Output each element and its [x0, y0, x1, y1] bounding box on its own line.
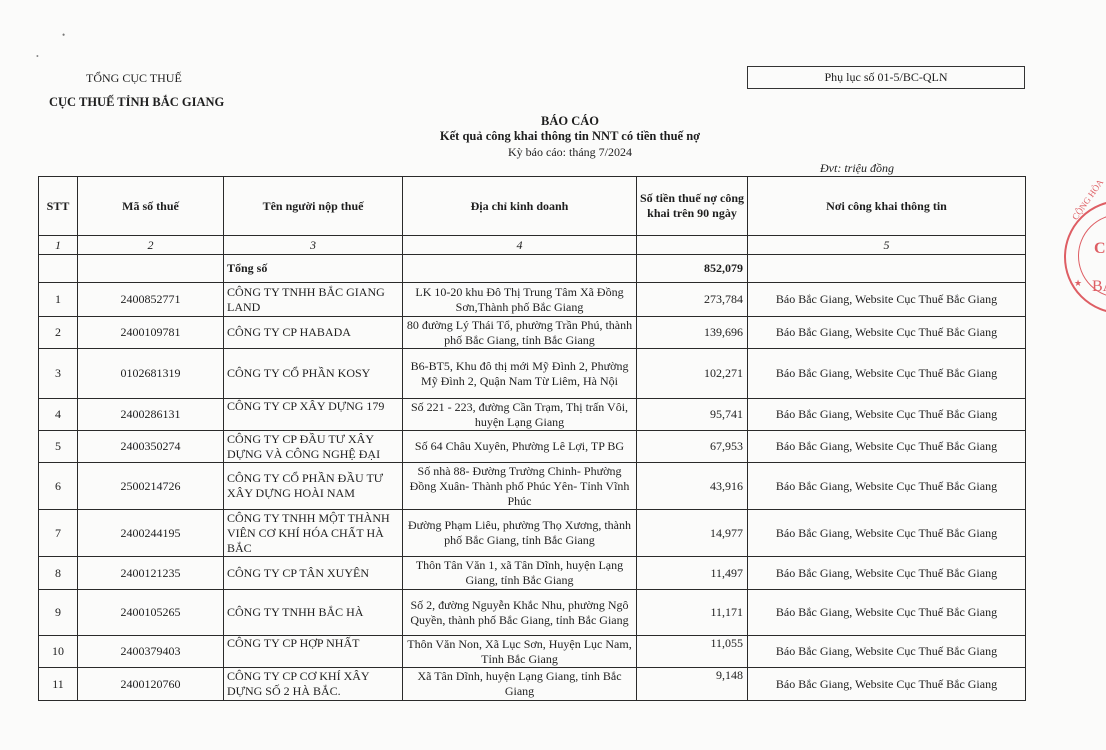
- row-debt-amount: 11,497: [637, 557, 748, 590]
- row-debt-amount: 11,055: [637, 636, 748, 668]
- row-taxpayer-name: CÔNG TY CP HABADA: [224, 317, 403, 349]
- table-row: 52400350274CÔNG TY CP ĐẦU TƯ XÂY DỰNG VÀ…: [39, 431, 1026, 463]
- table-row: 82400121235CÔNG TY CP TÂN XUYÊNThôn Tân …: [39, 557, 1026, 590]
- row-stt: 10: [39, 636, 78, 668]
- header-debt-amount: Số tiền thuế nợ công khai trên 90 ngày: [637, 177, 748, 236]
- table-header-row: STT Mã số thuế Tên người nộp thuế Địa ch…: [39, 177, 1026, 236]
- row-tax-code: 2400286131: [78, 399, 224, 431]
- table-row: 72400244195CÔNG TY TNHH MỘT THÀNH VIÊN C…: [39, 510, 1026, 557]
- row-published-at: Báo Bắc Giang, Website Cục Thuế Bắc Gian…: [748, 431, 1026, 463]
- row-taxpayer-name: CÔNG TY CỔ PHẦN ĐẦU TƯ XÂY DỰNG HOÀI NAM: [224, 463, 403, 510]
- agency-name: TỔNG CỤC THUẾ: [86, 71, 182, 86]
- row-business-address: LK 10-20 khu Đô Thị Trung Tâm Xã Đồng Sơ…: [403, 283, 637, 317]
- report-subtitle: Kết quả công khai thông tin NNT có tiền …: [330, 129, 810, 144]
- row-business-address: Số nhà 88- Đường Trường Chinh- Phường Đồ…: [403, 463, 637, 510]
- report-period: Kỳ báo cáo: tháng 7/2024: [400, 145, 740, 160]
- total-published-at: [748, 255, 1026, 283]
- debt-report-table: STT Mã số thuế Tên người nộp thuế Địa ch…: [38, 176, 1026, 701]
- row-published-at: Báo Bắc Giang, Website Cục Thuế Bắc Gian…: [748, 557, 1026, 590]
- header-tax-code: Mã số thuế: [78, 177, 224, 236]
- col-number: [637, 236, 748, 255]
- total-label: Tổng số: [224, 255, 403, 283]
- row-debt-amount: 11,171: [637, 590, 748, 636]
- column-numbering-row: 1 2 3 4 5: [39, 236, 1026, 255]
- row-stt: 9: [39, 590, 78, 636]
- row-published-at: Báo Bắc Giang, Website Cục Thuế Bắc Gian…: [748, 590, 1026, 636]
- row-taxpayer-name: CÔNG TY CỔ PHẦN KOSY: [224, 349, 403, 399]
- row-business-address: Thôn Văn Non, Xã Lục Sơn, Huyện Lục Nam,…: [403, 636, 637, 668]
- header-business-address: Địa chỉ kinh doanh: [403, 177, 637, 236]
- scan-speck: •: [62, 30, 65, 40]
- table-row: 22400109781CÔNG TY CP HABADA80 đường Lý …: [39, 317, 1026, 349]
- table-row: 92400105265CÔNG TY TNHH BẮC HÀSố 2, đườn…: [39, 590, 1026, 636]
- report-title: BÁO CÁO: [400, 114, 740, 129]
- row-published-at: Báo Bắc Giang, Website Cục Thuế Bắc Gian…: [748, 463, 1026, 510]
- row-tax-code: 2500214726: [78, 463, 224, 510]
- row-stt: 3: [39, 349, 78, 399]
- star-icon: ★: [1074, 278, 1082, 289]
- header-taxpayer-name: Tên người nộp thuế: [224, 177, 403, 236]
- row-business-address: Đường Phạm Liêu, phường Thọ Xương, thành…: [403, 510, 637, 557]
- table-row: 42400286131CÔNG TY CP XÂY DỰNG 179Số 221…: [39, 399, 1026, 431]
- row-taxpayer-name: CÔNG TY CP ĐẦU TƯ XÂY DỰNG VÀ CÔNG NGHỆ …: [224, 431, 403, 463]
- row-published-at: Báo Bắc Giang, Website Cục Thuế Bắc Gian…: [748, 317, 1026, 349]
- row-tax-code: 2400105265: [78, 590, 224, 636]
- appendix-label: Phụ lục số 01-5/BC-QLN: [747, 66, 1025, 89]
- row-stt: 4: [39, 399, 78, 431]
- row-published-at: Báo Bắc Giang, Website Cục Thuế Bắc Gian…: [748, 399, 1026, 431]
- row-taxpayer-name: CÔNG TY TNHH BẮC GIANG LAND: [224, 283, 403, 317]
- row-business-address: Thôn Tân Văn 1, xã Tân Dĩnh, huyện Lạng …: [403, 557, 637, 590]
- row-stt: 1: [39, 283, 78, 317]
- table-row: 112400120760CÔNG TY CP CƠ KHÍ XÂY DỰNG S…: [39, 668, 1026, 701]
- total-tax-code: [78, 255, 224, 283]
- row-stt: 11: [39, 668, 78, 701]
- row-stt: 6: [39, 463, 78, 510]
- row-taxpayer-name: CÔNG TY CP CƠ KHÍ XÂY DỰNG SỐ 2 HÀ BẮC.: [224, 668, 403, 701]
- row-tax-code: 2400852771: [78, 283, 224, 317]
- row-stt: 5: [39, 431, 78, 463]
- col-number: 4: [403, 236, 637, 255]
- row-business-address: Số 221 - 223, đường Cần Trạm, Thị trấn V…: [403, 399, 637, 431]
- appendix-text: Phụ lục số 01-5/BC-QLN: [825, 70, 948, 85]
- row-taxpayer-name: CÔNG TY CP TÂN XUYÊN: [224, 557, 403, 590]
- row-debt-amount: 95,741: [637, 399, 748, 431]
- row-tax-code: 2400120760: [78, 668, 224, 701]
- row-published-at: Báo Bắc Giang, Website Cục Thuế Bắc Gian…: [748, 349, 1026, 399]
- col-number: 5: [748, 236, 1026, 255]
- row-business-address: B6-BT5, Khu đô thị mới Mỹ Đình 2, Phường…: [403, 349, 637, 399]
- row-taxpayer-name: CÔNG TY TNHH BẮC HÀ: [224, 590, 403, 636]
- row-tax-code: 2400350274: [78, 431, 224, 463]
- row-business-address: Số 2, đường Nguyễn Khắc Nhu, phường Ngô …: [403, 590, 637, 636]
- row-stt: 2: [39, 317, 78, 349]
- table-row: 102400379403CÔNG TY CP HỢP NHẤTThôn Văn …: [39, 636, 1026, 668]
- row-debt-amount: 273,784: [637, 283, 748, 317]
- total-address: [403, 255, 637, 283]
- row-debt-amount: 102,271: [637, 349, 748, 399]
- row-debt-amount: 67,953: [637, 431, 748, 463]
- total-stt: [39, 255, 78, 283]
- row-debt-amount: 14,977: [637, 510, 748, 557]
- unit-label: Đvt: triệu đồng: [820, 161, 894, 176]
- row-published-at: Báo Bắc Giang, Website Cục Thuế Bắc Gian…: [748, 636, 1026, 668]
- seal-line-2: BẮ: [1092, 278, 1106, 296]
- seal-line-1: CỤ: [1094, 240, 1106, 258]
- row-business-address: 80 đường Lý Thái Tổ, phường Trần Phú, th…: [403, 317, 637, 349]
- row-debt-amount: 43,916: [637, 463, 748, 510]
- row-tax-code: 2400379403: [78, 636, 224, 668]
- header-published-at: Nơi công khai thông tin: [748, 177, 1026, 236]
- table-row: 62500214726CÔNG TY CỔ PHẦN ĐẦU TƯ XÂY DỰ…: [39, 463, 1026, 510]
- table-row: 30102681319CÔNG TY CỔ PHẦN KOSYB6-BT5, K…: [39, 349, 1026, 399]
- row-tax-code: 2400121235: [78, 557, 224, 590]
- row-business-address: Xã Tân Dĩnh, huyện Lạng Giang, tỉnh Bắc …: [403, 668, 637, 701]
- row-published-at: Báo Bắc Giang, Website Cục Thuế Bắc Gian…: [748, 283, 1026, 317]
- total-amount: 852,079: [637, 255, 748, 283]
- official-seal: CỘNG HÒA CỤ ★ BẮ: [1064, 200, 1106, 314]
- row-stt: 8: [39, 557, 78, 590]
- col-number: 1: [39, 236, 78, 255]
- scan-speck: •: [36, 52, 39, 61]
- department-name: CỤC THUẾ TỈNH BẮC GIANG: [49, 95, 224, 110]
- col-number: 3: [224, 236, 403, 255]
- row-stt: 7: [39, 510, 78, 557]
- seal-arc-text: CỘNG HÒA: [1070, 177, 1105, 221]
- row-business-address: Số 64 Châu Xuyên, Phường Lê Lợi, TP BG: [403, 431, 637, 463]
- row-taxpayer-name: CÔNG TY TNHH MỘT THÀNH VIÊN CƠ KHÍ HÓA C…: [224, 510, 403, 557]
- row-debt-amount: 9,148: [637, 668, 748, 701]
- col-number: 2: [78, 236, 224, 255]
- header-stt: STT: [39, 177, 78, 236]
- row-debt-amount: 139,696: [637, 317, 748, 349]
- row-tax-code: 2400109781: [78, 317, 224, 349]
- row-published-at: Báo Bắc Giang, Website Cục Thuế Bắc Gian…: [748, 510, 1026, 557]
- row-tax-code: 2400244195: [78, 510, 224, 557]
- row-tax-code: 0102681319: [78, 349, 224, 399]
- row-published-at: Báo Bắc Giang, Website Cục Thuế Bắc Gian…: [748, 668, 1026, 701]
- row-taxpayer-name: CÔNG TY CP XÂY DỰNG 179: [224, 399, 403, 431]
- total-row: Tổng số 852,079: [39, 255, 1026, 283]
- table-row: 12400852771CÔNG TY TNHH BẮC GIANG LANDLK…: [39, 283, 1026, 317]
- row-taxpayer-name: CÔNG TY CP HỢP NHẤT: [224, 636, 403, 668]
